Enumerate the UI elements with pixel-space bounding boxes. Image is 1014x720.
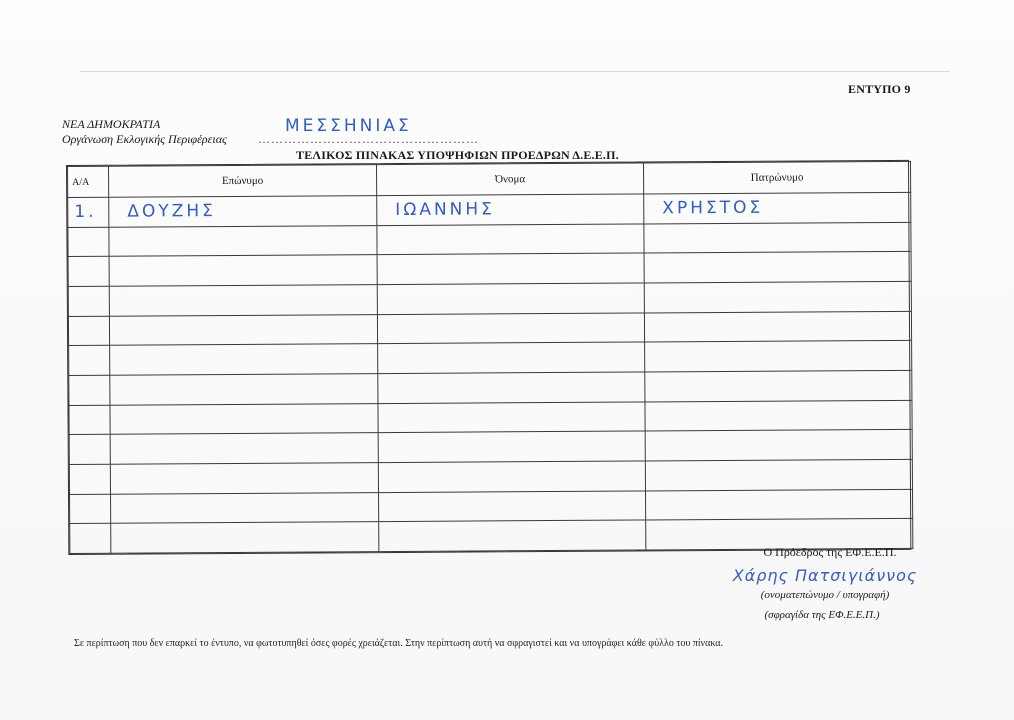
scan-edge-line	[80, 71, 950, 72]
signature-title: Ο Πρόεδρος της ΕΦ.Ε.Ε.Π.	[740, 545, 920, 560]
footnote: Σε περίπτωση που δεν επαρκεί το έντυπο, …	[74, 638, 723, 649]
cell-aa	[68, 316, 109, 346]
cell-father-name	[645, 489, 912, 520]
cell-surname	[110, 374, 378, 405]
header-name: Όνομα	[377, 163, 644, 196]
table-header-row: Α/Α Επώνυμο Όνομα Πατρώνυμο	[68, 161, 911, 197]
cell-name	[378, 342, 645, 373]
cell-father-name	[645, 370, 912, 401]
cell-aa: 1.	[68, 197, 109, 227]
cell-name	[377, 253, 644, 284]
signature-block: Ο Πρόεδρος της ΕΦ.Ε.Ε.Π. Χάρης Πατσιγιάν…	[720, 545, 920, 621]
cell-surname	[109, 255, 377, 286]
cell-surname	[110, 433, 378, 464]
cell-father-name	[644, 281, 911, 312]
signature-caption: (ονοματεπώνυμο / υπογραφή)	[730, 589, 920, 601]
cell-father-name	[645, 400, 912, 431]
cell-name	[378, 402, 645, 433]
cell-father-name	[644, 222, 911, 253]
cell-surname	[110, 344, 378, 375]
form-title: ΤΕΛΙΚΟΣ ΠΙΝΑΚΑΣ ΥΠΟΨΗΦΙΩΝ ΠΡΟΕΔΡΩΝ Δ.Ε.Ε…	[296, 148, 619, 163]
cell-surname	[109, 314, 377, 345]
candidates-table: Α/Α Επώνυμο Όνομα Πατρώνυμο 1.ΔΟΥΖΗΣΙΩΑΝ…	[66, 160, 911, 555]
cell-father-name: ΧΡΗΣΤΟΣ	[644, 192, 911, 223]
cell-surname	[109, 225, 377, 256]
cell-aa	[68, 227, 109, 257]
cell-aa	[68, 286, 109, 316]
cell-name	[379, 520, 646, 551]
seal-caption: (σφραγίδα της ΕΦ.Ε.Ε.Π.)	[724, 609, 920, 621]
header-father-name: Πατρώνυμο	[643, 161, 910, 194]
cell-aa	[70, 523, 111, 553]
cell-surname	[111, 522, 379, 553]
cell-name: ΙΩΑΝΝΗΣ	[377, 194, 644, 225]
cell-name	[377, 283, 644, 314]
header-surname: Επώνυμο	[109, 165, 377, 198]
cell-father-name	[645, 430, 912, 461]
cell-surname: ΔΟΥΖΗΣ	[109, 196, 377, 227]
cell-father-name	[645, 459, 912, 490]
cell-surname	[110, 463, 378, 494]
scanned-form-page: ΕΝΤΥΠΟ 9 ΝΕΑ ΔΗΜΟΚΡΑΤΙΑ Οργάνωση Εκλογικ…	[0, 0, 1014, 720]
header-aa: Α/Α	[68, 166, 109, 197]
region-label: Οργάνωση Εκλογικής Περιφέρειας	[62, 132, 227, 147]
cell-aa	[69, 464, 110, 494]
party-name: ΝΕΑ ΔΗΜΟΚΡΑΤΙΑ	[62, 117, 160, 132]
cell-name	[377, 224, 644, 255]
signature-handwritten: Χάρης Πατσιγιάννος	[730, 566, 920, 585]
cell-father-name	[644, 311, 911, 342]
cell-surname	[109, 285, 377, 316]
cell-aa	[69, 346, 110, 376]
cell-aa	[70, 494, 111, 524]
cell-name	[379, 491, 646, 522]
cell-surname	[111, 492, 379, 523]
cell-name	[378, 431, 645, 462]
cell-aa	[69, 405, 110, 435]
cell-aa	[68, 257, 109, 287]
form-number: ΕΝΤΥΠΟ 9	[848, 82, 911, 97]
cell-name	[377, 313, 644, 344]
cell-aa	[69, 434, 110, 464]
cell-surname	[110, 403, 378, 434]
cell-name	[378, 461, 645, 492]
cell-aa	[69, 375, 110, 405]
cell-father-name	[644, 252, 911, 283]
cell-father-name	[645, 341, 912, 372]
region-value-handwritten: ΜΕΣΣΗΝΙΑΣ	[285, 116, 412, 136]
cell-name	[378, 372, 645, 403]
